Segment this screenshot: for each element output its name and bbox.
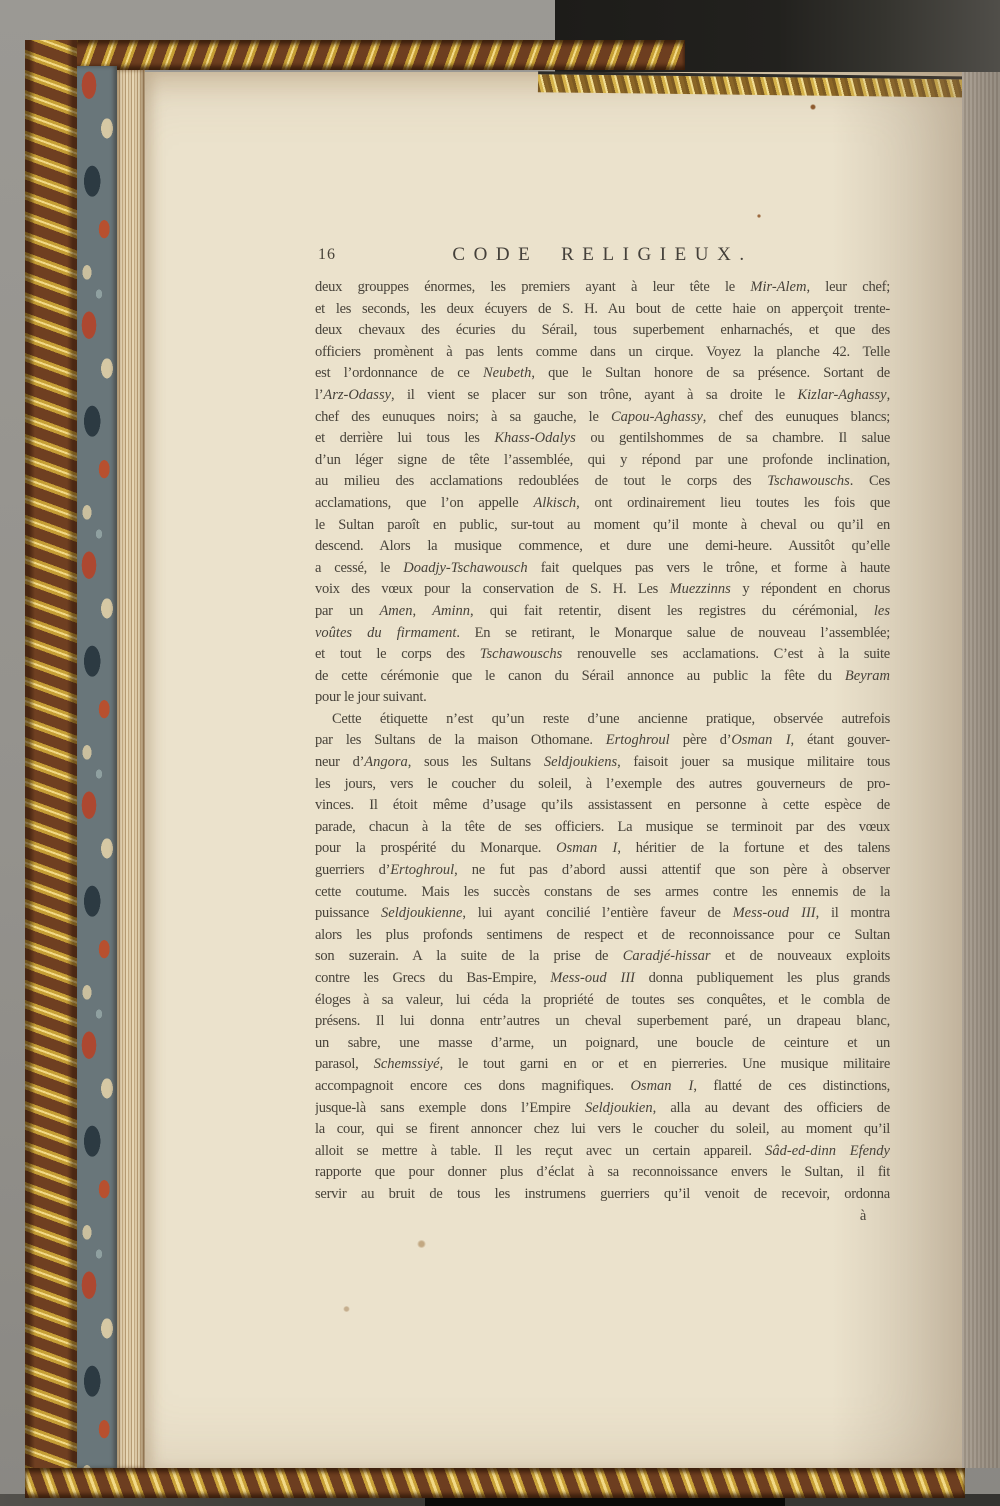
text-line: jusque-là sans exemple dons l’Empire Sel… xyxy=(315,1098,890,1120)
text-line: Cette étiquette n’est qu’un reste d’une … xyxy=(315,709,890,731)
text-line: pour la prospérité du Monarque. Osman I,… xyxy=(315,838,890,860)
paragraph: deux grouppes énormes, les premiers ayan… xyxy=(315,277,890,709)
page-header: 16 CODE RELIGIEUX. xyxy=(315,244,890,268)
facing-page-edge xyxy=(962,72,1000,1468)
text-line: voix des vœux pour la conservation de S.… xyxy=(315,579,890,601)
text-line: de cette cérémonie que le canon du Sérai… xyxy=(315,666,890,688)
text-line: l’Arz-Odassy, il vient se placer sur son… xyxy=(315,385,890,407)
text-line: guerriers d’Ertoghroul, ne fut pas d’abo… xyxy=(315,860,890,882)
text-line: chef des eunuques noirs; à sa gauche, le… xyxy=(315,407,890,429)
text-line: éloges à sa valeur, lui céda la propriét… xyxy=(315,990,890,1012)
foxing-spot xyxy=(810,104,816,110)
text-line: par un Amen, Aminn, qui fait retentir, d… xyxy=(315,601,890,623)
text-line: acclamations, que l’on appelle Alkisch, … xyxy=(315,493,890,515)
text-line: voûtes du firmament. En se retirant, le … xyxy=(315,623,890,645)
text-line: la cour, qui se firent annoncer chez lui… xyxy=(315,1119,890,1141)
catchword: à xyxy=(315,1206,890,1228)
foxing-spot xyxy=(757,214,761,218)
text-line: puissance Seldjoukienne, lui ayant conci… xyxy=(315,903,890,925)
gilt-rope-spine-edge xyxy=(25,40,77,1498)
foxing-spot xyxy=(417,1240,426,1248)
marbled-endpaper-strip xyxy=(77,66,117,1468)
text-line: un sabre, une masse d’arme, un poignard,… xyxy=(315,1033,890,1055)
text-line: parade, chacun à la tête de ses officier… xyxy=(315,817,890,839)
text-line: et les seconds, les deux écuyers de S. H… xyxy=(315,299,890,321)
text-line: neur d’Angora, sous les Sultans Seldjouk… xyxy=(315,752,890,774)
book-page: 16 CODE RELIGIEUX. deux grouppes énormes… xyxy=(145,72,1000,1468)
text-block: deux grouppes énormes, les premiers ayan… xyxy=(315,277,890,1227)
text-line: parasol, Schemssiyé, le tout garni en or… xyxy=(315,1054,890,1076)
text-line: officiers promènent à pas lents comme da… xyxy=(315,342,890,364)
text-line: descend. Alors la musique commence, et d… xyxy=(315,536,890,558)
text-line: alors les plus profonds sentimens de res… xyxy=(315,925,890,947)
text-line: vinces. Il étoit même d’usage qu’ils ass… xyxy=(315,795,890,817)
text-line: pour le jour suivant. xyxy=(315,687,890,709)
book: 16 CODE RELIGIEUX. deux grouppes énormes… xyxy=(25,40,1000,1498)
photo-of-book: { "colors": { "backdrop_gray": "#94928d"… xyxy=(0,0,1000,1506)
text-line: servir au bruit de tous les instrumens g… xyxy=(315,1184,890,1206)
text-line: est l’ordonnance de ce Neubeth, que le S… xyxy=(315,363,890,385)
text-line: cette coutume. Mais les succès constans … xyxy=(315,882,890,904)
text-line: au milieu des acclamations redoublées de… xyxy=(315,471,890,493)
text-line: a cessé, le Doadjy-Tschawousch fait quel… xyxy=(315,558,890,580)
text-line: deux chevaux des écuries du Sérail, tous… xyxy=(315,320,890,342)
text-line: accompagnoit encore ces dons magnifiques… xyxy=(315,1076,890,1098)
text-line: rapporte que pour donner plus d’éclat à … xyxy=(315,1162,890,1184)
text-line: et tout le corps des Tschawouschs renouv… xyxy=(315,644,890,666)
text-line: deux grouppes énormes, les premiers ayan… xyxy=(315,277,890,299)
text-line: les jours, vers le coucher du soleil, à … xyxy=(315,774,890,796)
text-line: le Sultan paroît en public, sur-tout au … xyxy=(315,515,890,537)
text-line: alloit se mettre à table. Il les reçut a… xyxy=(315,1141,890,1163)
text-line: contre les Grecs du Bas-Empire, Mess-oud… xyxy=(315,968,890,990)
text-line: et derrière lui tous les Khass-Odalys ou… xyxy=(315,428,890,450)
gilt-rope-top-edge xyxy=(25,40,685,70)
gilt-rope-bottom-edge xyxy=(25,1468,965,1498)
text-line: d’un léger signe de tête l’assemblée, qu… xyxy=(315,450,890,472)
text-line: présens. Il lui donna entr’autres un che… xyxy=(315,1011,890,1033)
text-line: par les Sultans de la maison Othomane. E… xyxy=(315,730,890,752)
running-title: CODE RELIGIEUX. xyxy=(315,244,890,266)
paragraph: Cette étiquette n’est qu’un reste d’une … xyxy=(315,709,890,1206)
page-block-edges xyxy=(117,70,145,1468)
text-line: son suzerain. A la suite de la prise de … xyxy=(315,946,890,968)
foxing-spot xyxy=(343,1306,350,1312)
